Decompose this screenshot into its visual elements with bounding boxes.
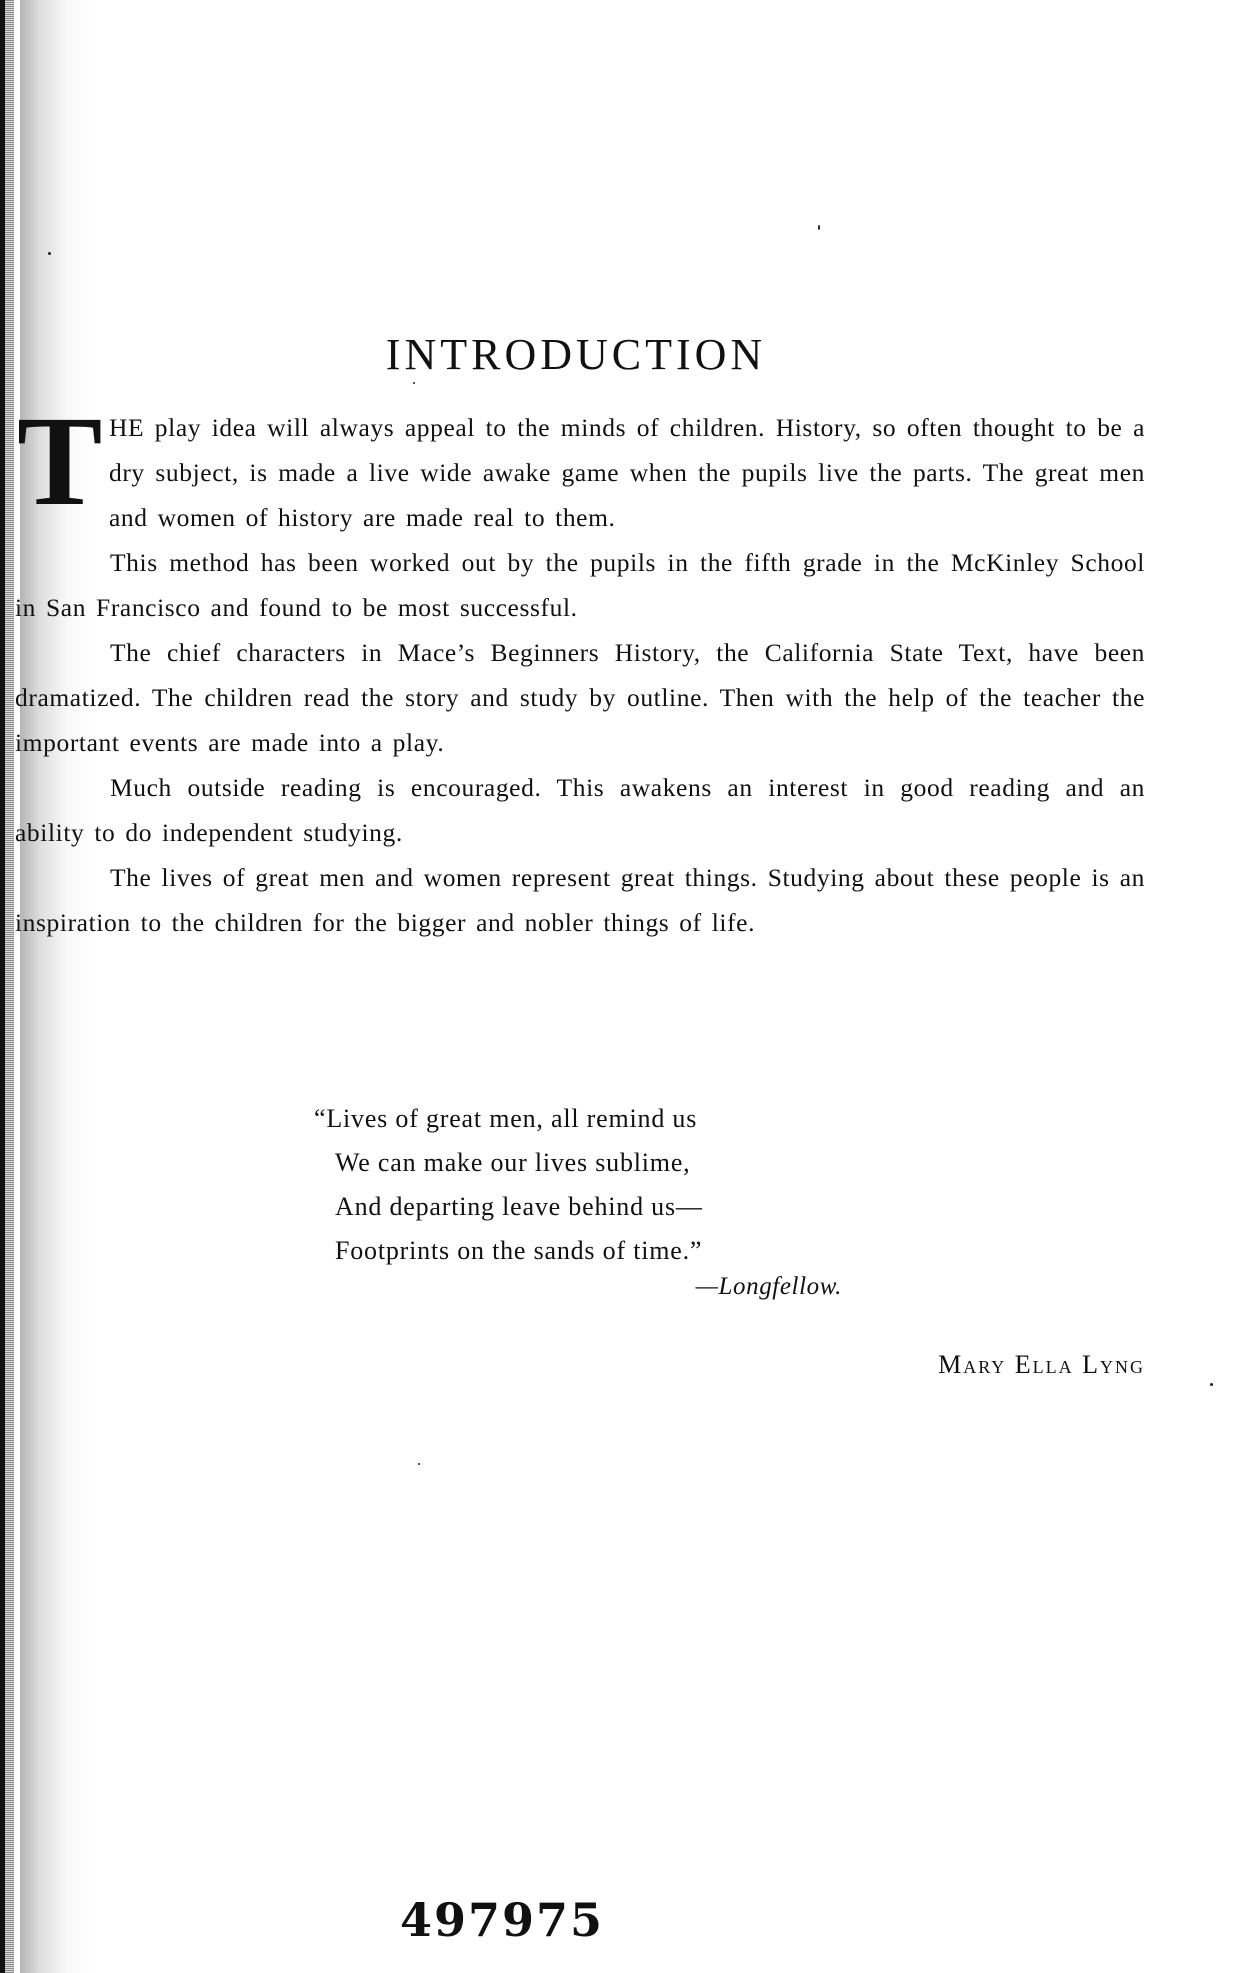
paragraph-4: Much outside reading is encouraged. This… <box>15 765 1145 855</box>
introduction-body: THE play idea will always appeal to the … <box>15 405 1145 945</box>
scan-speck <box>818 225 820 230</box>
paragraph-text: HE play idea will always appeal to the m… <box>109 413 1145 532</box>
book-spine-shadow <box>5 0 14 1973</box>
paragraph-2: This method has been worked out by the p… <box>15 540 1145 630</box>
catalog-number: 497975 <box>400 1893 604 1947</box>
page-title: INTRODUCTION <box>0 329 1160 380</box>
scan-speck <box>1210 1383 1213 1386</box>
poem-line: We can make our lives sublime, <box>314 1141 703 1185</box>
author-signature: Mary Ella Lyng <box>880 1350 1145 1380</box>
scan-speck <box>413 382 415 384</box>
drop-cap: T <box>17 411 103 503</box>
poem-attribution: —Longfellow. <box>560 1273 842 1301</box>
gutter-shadow <box>20 0 100 1973</box>
poem-line: And departing leave behind us— <box>314 1185 703 1229</box>
page-title-text: INTRODUCTION <box>386 330 766 379</box>
paragraph-1: THE play idea will always appeal to the … <box>15 405 1145 540</box>
scan-speck <box>418 1463 420 1465</box>
poem-line: Footprints on the sands of time.” <box>314 1229 703 1273</box>
poem-line: “Lives of great men, all remind us <box>314 1097 703 1141</box>
poem-quote: “Lives of great men, all remind us We ca… <box>314 1097 703 1273</box>
scan-speck <box>48 252 51 255</box>
paragraph-3: The chief characters in Mace’s Beginners… <box>15 630 1145 765</box>
paragraph-5: The lives of great men and women represe… <box>15 855 1145 945</box>
